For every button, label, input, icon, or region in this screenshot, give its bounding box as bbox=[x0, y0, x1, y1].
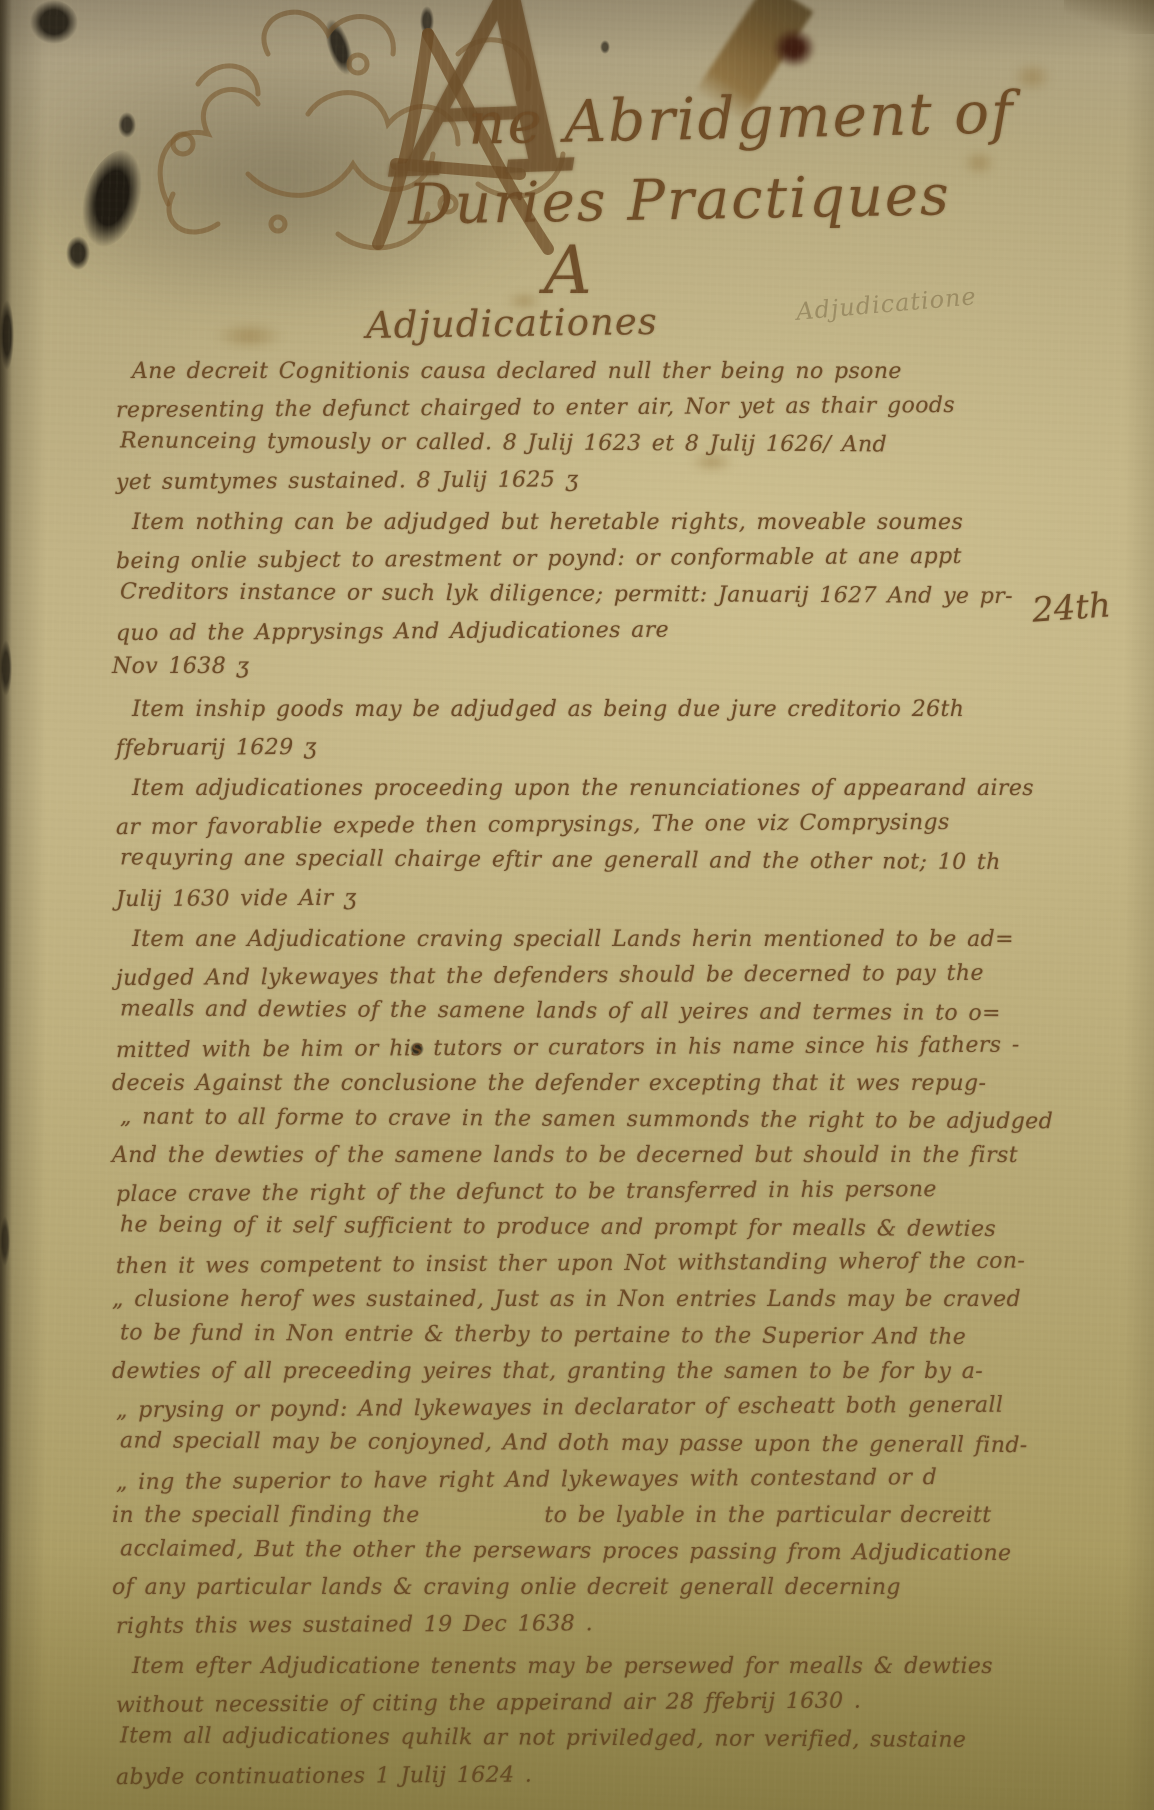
paragraph: Item inship goods may be adjudged as bei… bbox=[112, 692, 1122, 764]
maroon-stain bbox=[772, 28, 816, 68]
foxing-spot bbox=[214, 322, 284, 350]
manuscript-line: then it wes competent to insist ther upo… bbox=[116, 1243, 1122, 1285]
manuscript-line: Julij 1630 vide Air ʒ bbox=[116, 876, 1122, 918]
manuscript-line: Nov 1638 ʒ bbox=[112, 649, 1122, 685]
manuscript-line: mealls and dewties of the samene lands o… bbox=[120, 991, 1122, 1032]
manuscript-line: „ clusione herof wes sustained, Just as … bbox=[112, 1282, 1122, 1318]
manuscript-line: ar mor favorablie expede then comprysing… bbox=[116, 804, 1122, 846]
paragraph: Item efter Adjudicatione tenents may be … bbox=[112, 1649, 1122, 1793]
paragraph: Ane decreit Cognitionis causa declared n… bbox=[112, 354, 1122, 498]
manuscript-page: A ne Abridgment of Duries Practiques A A… bbox=[0, 0, 1154, 1810]
manuscript-line: yet sumtymes sustained. 8 Julij 1625 ʒ bbox=[116, 459, 1122, 501]
ink-blot bbox=[66, 236, 90, 270]
manuscript-line: abyde continuationes 1 Julij 1624 . bbox=[116, 1754, 1122, 1796]
manuscript-line: Renunceing tymously or called. 8 Julij 1… bbox=[120, 423, 1122, 464]
foxing-spot bbox=[1012, 62, 1052, 92]
manuscript-line: Item ane Adjudicatione craving speciall … bbox=[132, 922, 1122, 958]
manuscript-line: being onlie subject to arestment or poyn… bbox=[116, 538, 1122, 580]
manuscript-line: he being of it self sufficient to produc… bbox=[120, 1207, 1122, 1248]
ink-speck bbox=[600, 40, 610, 54]
manuscript-line: Item adjudicationes proceeding upon the … bbox=[132, 771, 1122, 807]
manuscript-line: of any particular lands & craving onlie … bbox=[112, 1570, 1122, 1606]
manuscript-line: Item inship goods may be adjudged as bei… bbox=[132, 692, 1122, 728]
section-letter: A bbox=[544, 232, 592, 309]
manuscript-line: dewties of all preceeding yeires that, g… bbox=[112, 1354, 1122, 1390]
manuscript-body: Ane decreit Cognitionis causa declared n… bbox=[112, 354, 1122, 1800]
manuscript-line: Ane decreit Cognitionis causa declared n… bbox=[132, 354, 1122, 390]
manuscript-line: and speciall may be conjoyned, And doth … bbox=[120, 1423, 1122, 1464]
manuscript-line: „ nant to all forme to crave in the same… bbox=[120, 1099, 1122, 1140]
edge-blot bbox=[0, 1216, 10, 1266]
paragraph: Item nothing can be adjudged but heretab… bbox=[112, 505, 1122, 685]
manuscript-line: place crave the right of the defunct to … bbox=[116, 1171, 1122, 1213]
paragraph: Item adjudicationes proceeding upon the … bbox=[112, 771, 1122, 915]
manuscript-line: And the dewties of the samene lands to b… bbox=[112, 1138, 1122, 1174]
title-line2: Duries Practiques bbox=[407, 163, 951, 237]
paragraph: Item ane Adjudicatione craving speciall … bbox=[112, 922, 1122, 1642]
manuscript-line: Item efter Adjudicatione tenents may be … bbox=[132, 1649, 1122, 1685]
ink-blot bbox=[30, 0, 78, 44]
manuscript-line: rights this wes sustained 19 Dec 1638 . bbox=[116, 1603, 1122, 1645]
section-heading: Adjudicationes bbox=[366, 300, 658, 347]
manuscript-line: Item nothing can be adjudged but heretab… bbox=[132, 505, 1122, 541]
manuscript-line: in the speciall finding the to be lyable… bbox=[112, 1498, 1122, 1534]
manuscript-line: deceis Against the conclusione the defen… bbox=[112, 1066, 1122, 1102]
torn-corner-top-right bbox=[1064, 0, 1154, 34]
manuscript-line: acclaimed, But the other the persewars p… bbox=[120, 1531, 1122, 1572]
manuscript-line: representing the defunct chairged to ent… bbox=[116, 387, 1122, 429]
foxing-spot bbox=[962, 150, 996, 176]
manuscript-line: Creditors instance or such lyk diligence… bbox=[120, 574, 1122, 615]
manuscript-line: Item all adjudicationes quhilk ar not pr… bbox=[120, 1718, 1122, 1759]
manuscript-line: without necessitie of citing the appeira… bbox=[116, 1682, 1122, 1724]
manuscript-line: mitted with be him or his tutors or cura… bbox=[116, 1027, 1122, 1069]
manuscript-line: „ ing the superior to have right And lyk… bbox=[116, 1459, 1122, 1501]
manuscript-line: ffebruarij 1629 ʒ bbox=[116, 725, 1122, 767]
ghost-margin-note: Adjudicatione bbox=[795, 282, 978, 326]
page-left-edge bbox=[0, 0, 12, 1810]
edge-blot bbox=[0, 300, 14, 370]
edge-blot bbox=[0, 640, 12, 696]
manuscript-line: judged And lykewayes that the defenders … bbox=[116, 955, 1122, 997]
manuscript-line: to be fund in Non entrie & therby to per… bbox=[120, 1315, 1122, 1356]
manuscript-line: requyring ane speciall chairge eftir ane… bbox=[120, 840, 1122, 881]
manuscript-line: „ prysing or poynd: And lykewayes in dec… bbox=[116, 1387, 1122, 1429]
manuscript-line: quo ad the Apprysings And Adjudicationes… bbox=[116, 610, 1122, 652]
title-line1: ne Abridgment of bbox=[467, 78, 1015, 157]
